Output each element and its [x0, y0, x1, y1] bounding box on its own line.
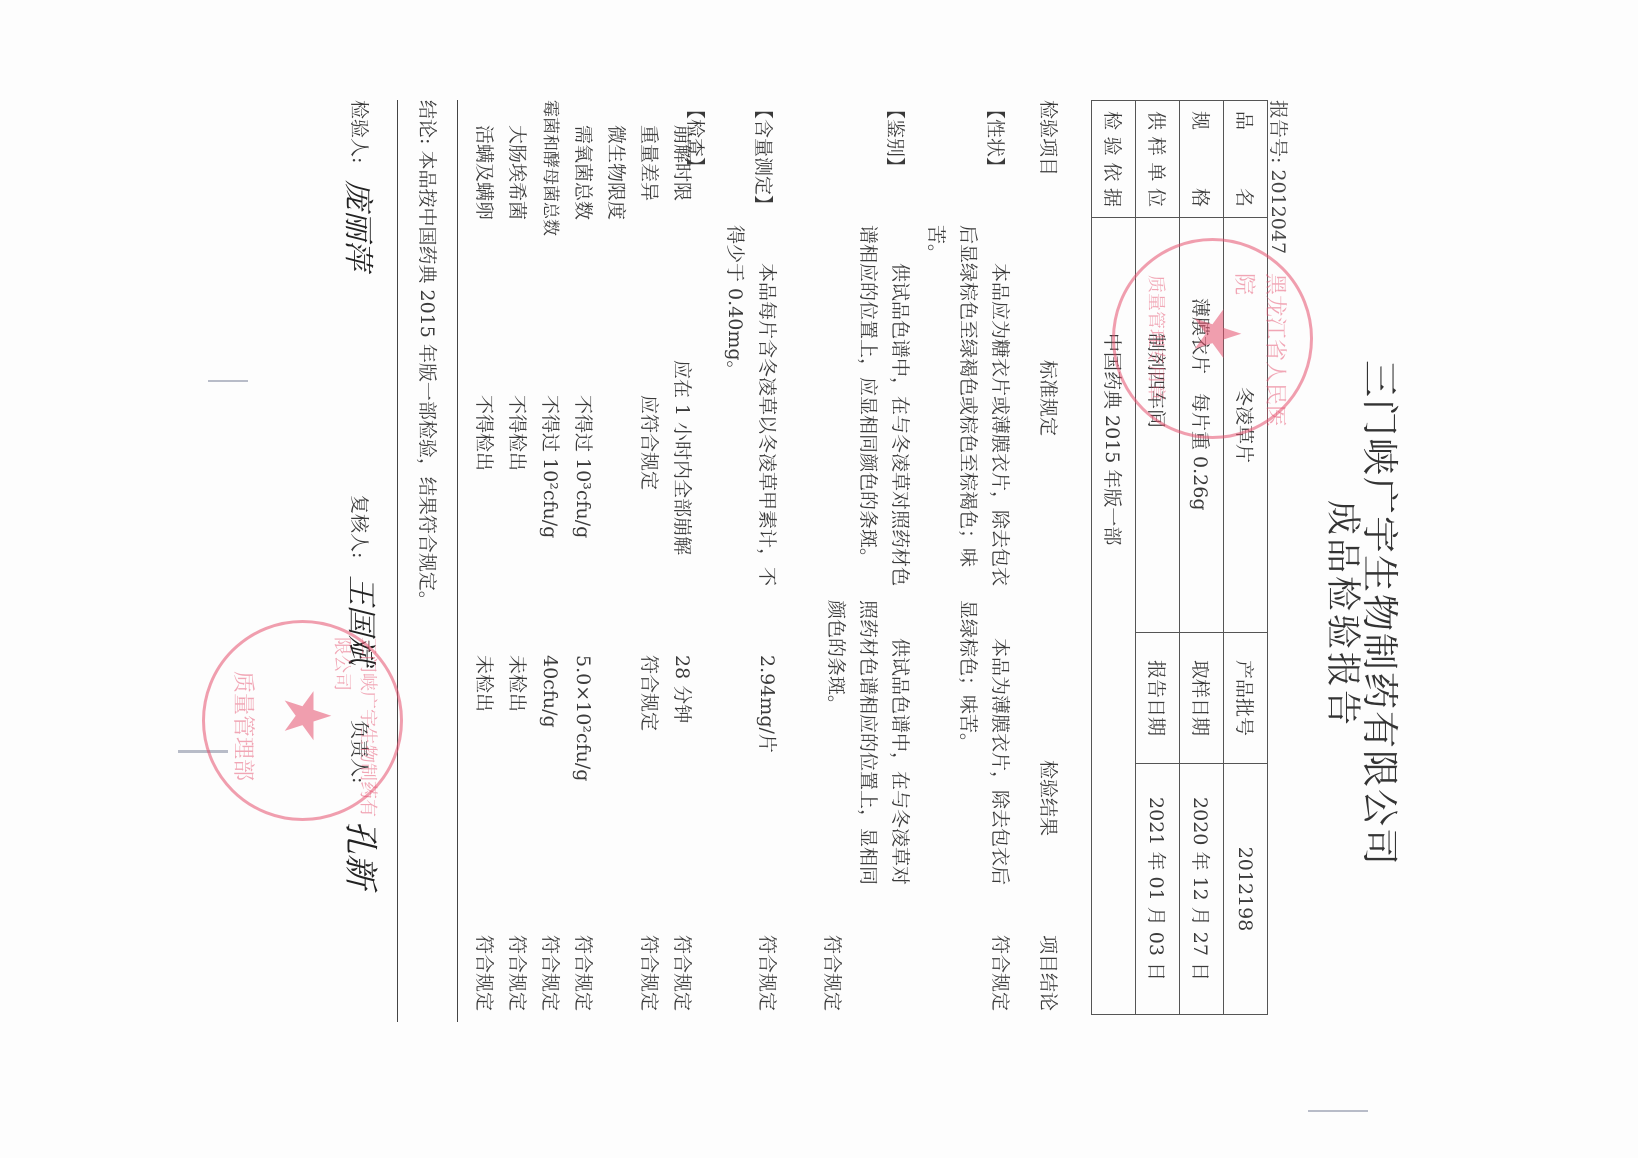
- assay-result: 2.94mg/片: [751, 655, 783, 753]
- assay-standard: 本品每片含冬凌草以冬凌草甲素计，不得少于 0.40mg。: [719, 225, 783, 595]
- report-number-value: 2012047: [1267, 169, 1289, 254]
- inspection-item-result: 28 分钟: [666, 655, 698, 723]
- label-supplier: 供样单位: [1136, 101, 1180, 218]
- inspection-item-standard: 应符合规定: [633, 395, 665, 490]
- scan-artifact: [208, 380, 248, 382]
- inspection-item-conclusion: 符合规定: [567, 935, 599, 1011]
- character-standard: 本品应为糖衣片或薄膜衣片，除去包衣后显绿棕色至绿褐色或棕色至棕褐色；味苦。: [920, 225, 1016, 595]
- value-sampling-date: 2020 年 12 月 27 日: [1180, 764, 1224, 1015]
- responsible-signature: 孔新: [339, 820, 388, 888]
- value-report-date: 2021 年 01 月 03 日: [1136, 764, 1180, 1015]
- inspection-item-conclusion: 符合规定: [501, 935, 533, 1011]
- info-row-product: 品 名 冬凌草片 产品批号 2012198: [1224, 101, 1268, 1015]
- inspection-item-conclusion: 符合规定: [468, 935, 500, 1011]
- seal-ring-text: 三门峡广宇生物制药有限公司: [330, 637, 382, 818]
- label-basis: 检验依据: [1092, 101, 1136, 218]
- seal-ring-text: 黑龙江省人民医院: [1230, 273, 1292, 436]
- inspection-item-name: 活螨及螨卵: [468, 125, 500, 220]
- section-title-identification: 【鉴别】: [883, 100, 910, 176]
- identification-standard: 供试品色谱中，在与冬凌草对照药材色谱相应的位置上，应显相同颜色的条斑。: [852, 225, 916, 595]
- inspection-item-name: 崩解时限: [666, 125, 698, 201]
- inspection-item-result: 5.0×10²cfu/g: [567, 655, 599, 781]
- divider-line: [397, 100, 398, 1022]
- label-batch-number: 产品批号: [1224, 633, 1268, 764]
- seal-stamp-bottom: ★ 三门峡广宇生物制药有限公司 质量管理部: [202, 620, 403, 821]
- info-table: 品 名 冬凌草片 产品批号 2012198 规 格 薄膜衣片 每片重 0.26g…: [1091, 100, 1268, 1015]
- assay-conclusion: 符合规定: [751, 935, 783, 1011]
- conclusion-text: 本品按中国药典 2015 年版一部检验，结果符合规定。: [416, 150, 438, 609]
- inspection-item-name: 重量差异: [633, 125, 665, 201]
- info-row-supplier: 供样单位 制剂四车间 报告日期 2021 年 01 月 03 日: [1136, 101, 1180, 1015]
- column-header-result: 检验结果: [1036, 760, 1063, 836]
- label-sampling-date: 取样日期: [1180, 633, 1224, 764]
- column-header-conclusion: 项目结论: [1036, 935, 1063, 1011]
- reviewer-label: 复核人:: [348, 495, 370, 558]
- character-result: 本品为薄膜衣片，除去包衣后显绿棕色；味苦。: [952, 600, 1016, 900]
- inspection-item-name: 需氧菌总数: [567, 125, 599, 220]
- inspection-item-standard: 应在 1 小时内全部崩解: [666, 360, 698, 555]
- reviewer-field: 复核人:: [343, 495, 375, 558]
- inspection-item-standard: 不得检出: [501, 395, 533, 471]
- inspection-item-name: 大肠埃希菌: [501, 125, 533, 220]
- column-header-standard: 标准规定: [1036, 360, 1063, 436]
- inspection-item-standard: 不得过 10³cfu/g: [567, 395, 599, 538]
- inspector-field: 检验人:: [343, 100, 375, 163]
- inspection-item-conclusion: 符合规定: [666, 935, 698, 1011]
- seal-stamp-top: ★ 黑龙江省人民医院 质量管理专用章: [1112, 238, 1313, 439]
- seal-bottom-text: 质量管理专用章: [1144, 275, 1170, 401]
- report-number: 报告号: 2012047: [1266, 100, 1293, 254]
- column-header-item: 检验项目: [1036, 100, 1063, 176]
- identification-conclusion: 符合规定: [816, 935, 848, 1011]
- star-icon: ★: [274, 687, 338, 744]
- conclusion-label: 结论:: [416, 100, 438, 144]
- inspection-item-name: 霉菌和酵母菌总数: [534, 100, 566, 236]
- seal-bottom-text: 质量管理部: [229, 671, 260, 781]
- scan-artifact: [1308, 1110, 1368, 1112]
- label-product-name: 品 名: [1224, 101, 1268, 218]
- inspection-item-standard: 不得过 10²cfu/g: [534, 395, 566, 538]
- value-batch-number: 2012198: [1224, 764, 1268, 1015]
- inspection-report-page: 三门峡广宇生物制药有限公司 成品检验报告 报告号: 2012047 品 名 冬凌…: [0, 0, 1638, 1158]
- report-number-label: 报告号:: [1267, 100, 1289, 163]
- divider-line: [457, 100, 458, 1022]
- character-conclusion: 符合规定: [984, 935, 1016, 1011]
- inspector-signature: 庞丽萍: [339, 180, 383, 270]
- inspection-item-result: 40cfu/g: [534, 655, 566, 728]
- info-row-basis: 检验依据 中国药典 2015 年版一部: [1092, 101, 1136, 1015]
- identification-result: 供试品色谱中，在与冬凌草对照药材色谱相应的位置上，显相同颜色的条斑。: [820, 600, 916, 900]
- inspection-item-name: 微生物限度: [600, 125, 632, 220]
- inspection-item-result: 未检出: [501, 655, 533, 712]
- inspection-item-conclusion: 符合规定: [534, 935, 566, 1011]
- document-title: 成品检验报告: [1320, 500, 1370, 728]
- label-spec: 规 格: [1180, 101, 1224, 218]
- label-report-date: 报告日期: [1136, 633, 1180, 764]
- inspection-item-conclusion: 符合规定: [633, 935, 665, 1011]
- inspector-label: 检验人:: [348, 100, 370, 163]
- conclusion-line: 结论: 本品按中国药典 2015 年版一部检验，结果符合规定。: [411, 100, 443, 610]
- inspection-item-result: 符合规定: [633, 655, 665, 731]
- inspection-item-result: 未检出: [468, 655, 500, 712]
- section-title-assay: 【含量测定】: [751, 100, 778, 214]
- section-title-character: 【性状】: [983, 100, 1010, 176]
- inspection-item-standard: 不得检出: [468, 395, 500, 471]
